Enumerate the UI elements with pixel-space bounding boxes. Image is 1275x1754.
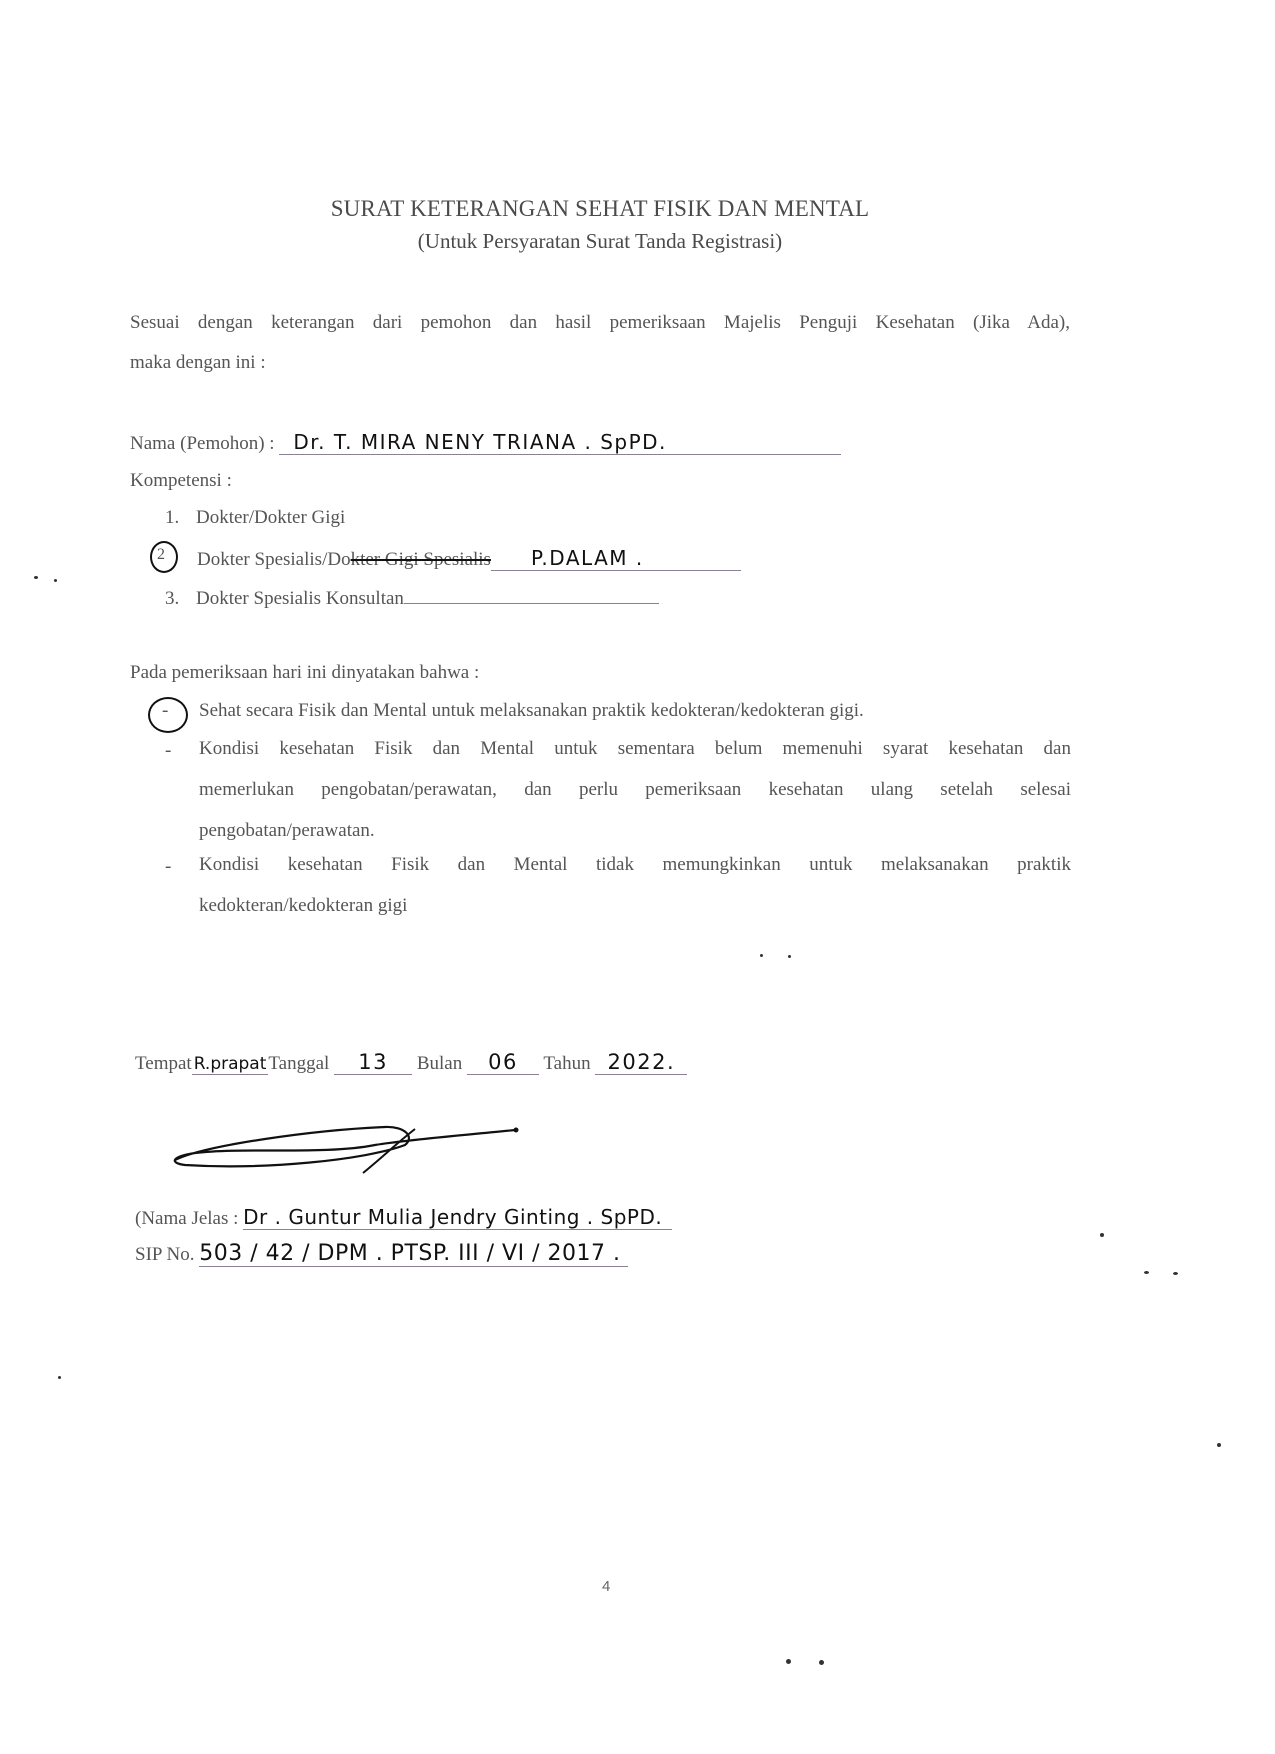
place-value[interactable]: R.prapat	[192, 1054, 269, 1075]
day-label: Tanggal	[268, 1053, 329, 1074]
year-value[interactable]: 2022.	[595, 1050, 687, 1075]
scan-speck	[760, 954, 763, 957]
document-title: SURAT KETERANGAN SEHAT FISIK DAN MENTAL	[0, 196, 1200, 222]
sip-value[interactable]: 503 / 42 / DPM . PTSP. III / VI / 2017 .	[199, 1241, 628, 1267]
sip-line: SIP No. 503 / 42 / DPM . PTSP. III / VI …	[135, 1241, 628, 1267]
consultant-value[interactable]	[404, 585, 659, 604]
intro-line-1: Sesuai dengan keterangan dari pemohon da…	[130, 312, 1070, 334]
bullet-dash: -	[165, 856, 171, 878]
option-number: 1.	[165, 507, 179, 528]
scan-speck	[58, 1376, 61, 1379]
scan-speck	[788, 955, 791, 958]
competence-option-1[interactable]: 1. Dokter/Dokter Gigi	[165, 507, 345, 529]
place-date-line: TempatR.prapatTanggal 13 Bulan 06 Tahun …	[135, 1050, 687, 1075]
signature-mark	[165, 1115, 535, 1180]
scan-speck	[34, 576, 38, 579]
place-label: Tempat	[135, 1053, 192, 1074]
option-number: 3.	[165, 588, 179, 609]
sip-label: SIP No.	[135, 1244, 194, 1265]
scan-speck	[786, 1659, 791, 1664]
day-value[interactable]: 13	[334, 1050, 412, 1075]
exam-label: Pada pemeriksaan hari ini dinyatakan bah…	[130, 662, 479, 684]
signer-name-label: (Nama Jelas :	[135, 1208, 238, 1229]
applicant-field: Nama (Pemohon) : Dr. T. MIRA NENY TRIANA…	[130, 430, 841, 455]
scan-speck	[1173, 1272, 1178, 1275]
option-label: Dokter Spesialis Konsultan	[196, 588, 404, 609]
competence-label: Kompetensi :	[130, 470, 232, 492]
document-subtitle: (Untuk Persyaratan Surat Tanda Registras…	[0, 229, 1200, 254]
scan-speck	[54, 579, 57, 582]
statement-3[interactable]: Kondisi kesehatan Fisik dan Mental tidak…	[199, 854, 1071, 917]
intro-line-2: maka dengan ini :	[130, 352, 266, 374]
month-value[interactable]: 06	[467, 1050, 539, 1075]
year-label: Tahun	[543, 1053, 590, 1074]
statement-2[interactable]: Kondisi kesehatan Fisik dan Mental untuk…	[199, 738, 1071, 842]
month-label: Bulan	[417, 1053, 462, 1074]
signer-name-value[interactable]: Dr . Guntur Mulia Jendry Ginting . SpPD.	[243, 1205, 672, 1230]
scan-speck	[1217, 1443, 1221, 1447]
option-label-struck: kter Gigi Spesialis	[351, 549, 491, 570]
competence-option-2[interactable]: Dokter Spesialis/Dokter Gigi SpesialisP.…	[197, 546, 741, 571]
specialty-value[interactable]: P.DALAM .	[491, 546, 741, 571]
signer-name-line: (Nama Jelas : Dr . Guntur Mulia Jendry G…	[135, 1205, 672, 1230]
option-label-kept: Dokter Spesialis/Do	[197, 549, 351, 570]
scan-speck	[1144, 1271, 1149, 1274]
applicant-name-value[interactable]: Dr. T. MIRA NENY TRIANA . SpPD.	[279, 430, 841, 455]
bullet-dash: -	[162, 700, 168, 722]
statement-1[interactable]: Sehat secara Fisik dan Mental untuk mela…	[199, 700, 864, 722]
competence-option-3[interactable]: 3. Dokter Spesialis Konsultan	[165, 585, 659, 610]
option-label: Dokter/Dokter Gigi	[196, 507, 345, 528]
page-number: 4	[602, 1578, 610, 1595]
bullet-dash: -	[165, 740, 171, 762]
scan-speck	[819, 1660, 824, 1665]
scan-speck	[1100, 1233, 1104, 1237]
option-number: 2	[157, 546, 165, 564]
applicant-label: Nama (Pemohon) :	[130, 433, 275, 454]
